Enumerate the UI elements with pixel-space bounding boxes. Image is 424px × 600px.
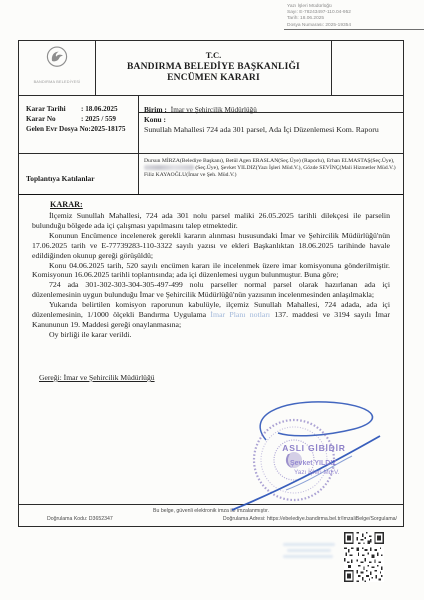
karar-tarihi-row: Karar Tarihi: 18.06.2025 <box>26 105 136 115</box>
faint-stamp-remnant <box>283 540 339 564</box>
karar-no-label: Karar No <box>26 115 81 125</box>
gelen-evrak-value: :2025-18175 <box>88 125 125 133</box>
decision-paragraph-5-highlight: İmar Planı notları <box>210 310 270 319</box>
corner-dosya: Dosya Numarası: 2025-19354 <box>287 23 351 29</box>
geregi-line: Gereği: İmar ve Şehircilik Müdürlüğü <box>39 373 155 382</box>
decision-meta-row: Karar Tarihi: 18.06.2025 Karar No: 2025 … <box>19 96 403 154</box>
asli-gibidir-text: ASLI GİBİDİR <box>256 443 372 453</box>
certification-stamp-area: ASLI GİBİDİR Şevket YILDIZ Yazı İşleri M… <box>228 396 408 514</box>
verification-address: Doğrulama Adresi: https://ebelediye.band… <box>223 516 397 522</box>
title-organization: BANDIRMA BELEDİYE BAŞKANLIĞI <box>96 62 331 72</box>
karar-no-value: : 2025 / 559 <box>81 115 116 123</box>
karar-no-row: Karar No: 2025 / 559 <box>26 115 136 125</box>
document-header: BANDIRMA BELEDİYESİ T.C. BANDIRMA BELEDİ… <box>19 41 403 96</box>
verification-code: Doğrulama Kodu: D3652347 <box>47 516 113 522</box>
decision-paragraph-2: Konunun Encümence incelenerek gerekli ka… <box>32 231 390 261</box>
faint-stamp-line <box>283 543 335 546</box>
konu-cell: Konu : Sunullah Mahallesi 724 ada 301 pa… <box>139 113 403 153</box>
attendees-label: Toplantıya Katılanlar <box>19 154 138 194</box>
scanned-document-page: Yazı İşleri Müdürlüğü Sayı: E-78243497-1… <box>0 0 424 600</box>
gelen-evrak-row: Gelen Evr Dosya No:2025-18175 <box>26 125 136 135</box>
birim-cell: Birim : İmar ve Şehircilik Müdürlüğü <box>139 96 403 113</box>
decision-paragraph-4: 724 ada 301-302-303-304-305-497-499 nolu… <box>32 280 390 300</box>
logo-caption: BANDIRMA BELEDİYESİ <box>19 80 95 85</box>
certifier-title: Yazı İşleri Md.V. <box>294 469 339 476</box>
faint-stamp-line <box>287 549 331 552</box>
faint-stamp-line <box>283 555 333 558</box>
qr-code <box>344 532 384 582</box>
decision-paragraph-1: İlçemiz Sunullah Mahallesi, 724 ada 301 … <box>32 211 390 231</box>
konu-label: Konu : <box>144 115 398 124</box>
decision-heading: KARAR: <box>50 200 390 209</box>
title-doc-type: ENCÜMEN KARARI <box>96 73 331 83</box>
karar-tarihi-value: : 18.06.2025 <box>81 105 118 113</box>
decision-paragraph-5: Yukarıda belirtilen komisyon raporunun k… <box>32 300 390 330</box>
stamp-and-signature-icon <box>228 396 408 514</box>
illegible-smudge <box>144 165 194 170</box>
attendees-list: Dursun MİRZA(Belediye Başkanı), Betül Ag… <box>138 154 403 194</box>
municipality-logo-cell: BANDIRMA BELEDİYESİ <box>19 41 96 95</box>
document-title-cell: T.C. BANDIRMA BELEDİYE BAŞKANLIĞI ENCÜME… <box>96 41 332 95</box>
decision-meta-right: Birim : İmar ve Şehircilik Müdürlüğü Kon… <box>138 96 403 153</box>
karar-tarihi-label: Karar Tarihi <box>26 105 81 115</box>
header-empty-cell <box>332 41 403 95</box>
attendees-part1: Dursun MİRZA(Belediye Başkanı), Betül Ag… <box>144 158 394 164</box>
corner-registry-info: Yazı İşleri Müdürlüğü Sayı: E-78243497-1… <box>287 4 351 29</box>
decision-paragraph-6: Oy birliği ile karar verildi. <box>32 330 390 340</box>
corner-divider <box>284 29 424 30</box>
decision-meta-left: Karar Tarihi: 18.06.2025 Karar No: 2025 … <box>19 96 138 153</box>
konu-value: Sunullah Mahallesi 724 ada 301 parsel, A… <box>144 125 382 135</box>
title-tc: T.C. <box>96 50 331 60</box>
bandirma-municipality-logo-icon <box>42 45 72 75</box>
gelen-evrak-label: Gelen Evr Dosya No <box>26 125 88 133</box>
attendees-row: Toplantıya Katılanlar Dursun MİRZA(Beled… <box>19 154 403 194</box>
decision-paragraph-3: Konu 04.06.2025 tarih, 520 sayılı encüme… <box>32 261 390 281</box>
certifier-name: Şevket YILDIZ <box>290 460 337 467</box>
verification-line: Doğrulama Kodu: D3652347 Doğrulama Adres… <box>19 514 403 522</box>
